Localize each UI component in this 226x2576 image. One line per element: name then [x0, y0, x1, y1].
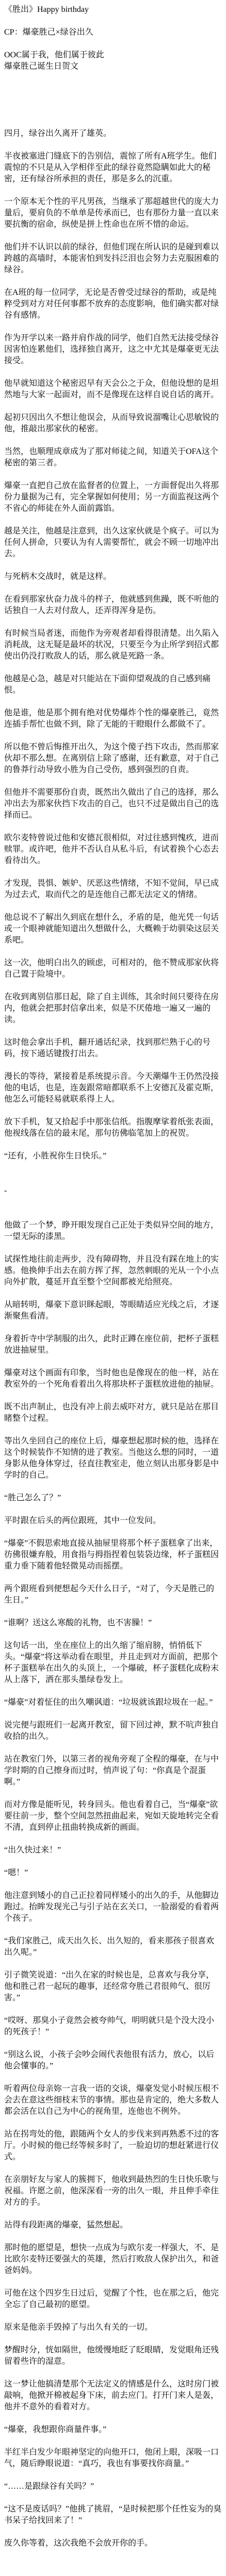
story-paragraph: 他做了一个梦，睁开眼发现自己正处于类似异空间的地方，一望无际的漆黑。: [4, 1220, 222, 1243]
story-paragraph: “爆豪，我想跟你商量件事。”: [4, 2424, 222, 2436]
story-paragraph: 站在教室门外，以第三者的视角旁观了全程的爆豪，在与中学时期的自己擦身而过时，悄声…: [4, 1754, 222, 1788]
story-paragraph: “爆豪”不假思索地直接从抽屉里将那个杯子蛋糕拿了出来，彷佛很嫌弃般，用食指与拇指…: [4, 1538, 222, 1572]
story-paragraph: 当然，也顺理成章成为了那对师徒之间，知道关于OFA这个秘密的第三者。: [4, 446, 222, 469]
story-paragraph: “爆豪”对着怔住的出久嘲讽道：“垃圾就该跟垃圾在一起。”: [4, 1697, 222, 1708]
story-paragraph: 听着两位母亲妳一言我一语的交谈，爆豪发觉小时候压根不会去在意这些细枝末节的事情。…: [4, 2083, 222, 2117]
story-paragraph: 他早就知道这个秘密迟早有天会公之于众，但他设想的是坦然地与大家一起面对，而不是像…: [4, 378, 222, 401]
story-paragraph: “哎呀、那臭小子竟然会被夸帅气，明明就只是个没大没小的死孩子！”: [4, 2015, 222, 2038]
story-paragraph: 在A班的每一位同学，无论是否曾受过绿谷的帮助，或是纯粹受到对方对任何事都不放弃的…: [4, 287, 222, 321]
birthday-note: 爆豪胜己诞生日贺文: [4, 62, 78, 71]
story-paragraph: 他是谁，他是那个拥有绝对优势爆炸个性的爆豪胜己，竟然连插手帮忙也做不到，除了无能…: [4, 708, 222, 730]
story-paragraph: “这不是废话吗？”他挑了挑眉，“是时候把那个任性妄为的臭书呆子给找回来了！”: [4, 2504, 222, 2526]
story-paragraph: “胜己怎么了？”: [4, 1493, 222, 1504]
story-paragraph: 从暗转明，爆豪下意识眯起眼，等眼睛适应光线之后，才逐渐聚焦看清。: [4, 1299, 222, 1322]
story-paragraph: 平时跟在后头的两位跟班，其中一位发问。: [4, 1515, 222, 1527]
story-paragraph: 这句话一出，坐在座位上的出久缩了缩肩膀，悄悄低下头。“爆豪”将这举动看在眼里，并…: [4, 1640, 222, 1686]
story-paragraph: 半红半白发少年眼神坚定的向他开口，他闭上眼，深吸一口气，随后睁眼说道：“真巧，我…: [4, 2447, 222, 2470]
story-paragraph: 与死柄木交战时，就是这样。: [4, 571, 222, 583]
story-paragraph: “还有，小胜祝你生日快乐。”: [4, 1151, 222, 1162]
story-paragraph: 爆豪对这个画面有印象，当时他也是像现在的他一样，站在教室外的一个死角看着出久将那…: [4, 1368, 222, 1390]
story-paragraph: 可他在这个四岁生日过后，觉醒了个性，也在那之后，他完全忘了自己最初的愿望。: [4, 2288, 222, 2311]
story-paragraph: 作为开学以来一路并肩作战的同学，他们自然无法接受绿谷因害怕连累他们，选择独自离开…: [4, 333, 222, 367]
story-paragraph: 站在拐弯处的他，跟随两个女人的步伐来到再熟悉不过的客厅。小时候的他已经等候多时了…: [4, 2129, 222, 2163]
story-paragraph: 这一梦让他搞清楚那个无法定义的情感是什么，这时房门被敲响，他掀开棉被起身下床，前…: [4, 2379, 222, 2413]
story-paragraph: 而对方像是能听见，转身回头。他也看着自己，当“爆豪”欲要往前一步，整个空间忽然扭…: [4, 1799, 222, 1833]
story-paragraph: “我们家胜己，成天出久长、出久短的，看来那孩子很喜欢出久呢。”: [4, 1936, 222, 1958]
story-paragraph: 废久你等着，这次我绝不会放开你的手。: [4, 2538, 222, 2549]
story-paragraph: 欧尔麦特曾说过他和安德瓦很相似，对过往感到愧疚，进而赎罪。或许吧，他并不否认自从…: [4, 833, 222, 867]
ooc-note: OOC属于我，他们属于彼此: [4, 51, 104, 59]
story-paragraph: 他们并不认识以前的绿谷，但他们现在所认识的是碰到难以跨越的高墙时，本能害怕到发抖…: [4, 242, 222, 276]
story-paragraph: 四月，绿谷出久离开了雄英。: [4, 128, 222, 139]
story-paragraph: 放下手机，复又拾起手中那张信纸。指腹摩挲着纸张表面，他视线落在信的最末尾，那句彷…: [4, 1117, 222, 1139]
story-paragraph: 漫长的等待，紧接着是系统提示音。今天潮爆牛王仍然没接他的电话，也是，连轰跟常暗都…: [4, 1071, 222, 1105]
story-paragraph: 既不出声制止，也没有冲上前去威吓对方，就只是站在那目睹整个过程。: [4, 1402, 222, 1424]
story-paragraph: “出久快过来！”: [4, 1845, 222, 1856]
story-paragraph: “谁啊？送这么寒酸的礼物，也不害臊！”: [4, 1617, 222, 1629]
story-paragraph: 站得有段距离的爆豪，猛然想起。: [4, 2220, 222, 2231]
header-notes: OOC属于我，他们属于彼此 爆豪胜己诞生日贺文: [4, 50, 222, 72]
story-paragraph: 引子微笑说道：“出久在家的时候也是，总喜欢与我分享，他和胜己君一起玩的趣事，还经…: [4, 1970, 222, 2004]
story-paragraph: 越是关注，他越是注意到，出久这家伙就是个疯子。可以为任何人拼命，只要认为有人需要…: [4, 526, 222, 560]
document-page: 《胜出》Happy birthday CP：爆豪胜己×绿谷出久 OOC属于我，他…: [0, 0, 226, 2576]
story-paragraph: 那时他的愿望是，想快一点成为与欧尔麦一样强大，不、是比欧尔麦特还要强大的英雄，然…: [4, 2242, 222, 2276]
story-paragraph: 他总说不了解出久到底在想什么，矛盾的是，他光凭一句话或一个眼神就能知道出久想做什…: [4, 912, 222, 946]
story-body: 四月，绿谷出久离开了雄英。半夜被塞进门缝底下的告别信，震惊了所有A班学生。他们震…: [4, 128, 222, 2549]
story-paragraph: 但他并不需要那份自责，既然出久做出了自己的选择，那么冲出去为那家伙挡下攻击的自己…: [4, 787, 222, 821]
story-paragraph: 说完便与跟班们一起离开教室，留下回过神，默不吭声独自收拾的出久。: [4, 1720, 222, 1742]
story-title: 《胜出》Happy birthday: [4, 4, 222, 15]
story-paragraph: 有时候当局者迷，而他作为旁观者却看得很清楚。出久陷入消耗战，这无疑是最坏的状况，…: [4, 628, 222, 662]
story-paragraph: 起初只因出久不想让他误会，从而导致说溜嘴让心思敏锐的他，推敲出那家伙的秘密。: [4, 412, 222, 435]
story-paragraph: 在看到那家伙奋力战斗的样子，他就感到焦躁，既不听他的话独自一人去对付敌人，还弄得…: [4, 594, 222, 617]
story-paragraph: 梦醒时分，恍如隔世，他缓慢地眨了眨眼睛，发觉眼角还残留着些许的湿意。: [4, 2345, 222, 2367]
story-paragraph: 这时他会拿出手机，翻开通话纪录，找到那烂熟于心的号码，按下通话键拨打出去。: [4, 1037, 222, 1060]
story-paragraph: 试探性地往前走两步，没有障碍物，并且没有踩在地上的实感。他换伸手出去在前方挥了挥…: [4, 1254, 222, 1288]
story-paragraph: 所以他不曾后悔推开出久，为这个傻子挡下攻击，然而那家伙却不那么想。在离别信上除了…: [4, 742, 222, 776]
story-paragraph: “别这么说，小孩子会吵会闹代表他很有活力，放心，以后他会懂事的。”: [4, 2049, 222, 2072]
cp-line: CP：爆豪胜己×绿谷出久: [4, 27, 222, 38]
story-paragraph: “嗯！”: [4, 1867, 222, 1879]
story-paragraph: 原来是他亲手毁掉了与出久有关的一切。: [4, 2322, 222, 2333]
story-paragraph: 两个跟班看到便想起今天什么日子，“对了，今天是胜己的生日。”: [4, 1583, 222, 1606]
story-paragraph: “……是跟绿谷有关吗？”: [4, 2481, 222, 2492]
story-paragraph: 这一次，他明白出久的顾虑，可相对的，他不赞成那家伙将自己置于险境中。: [4, 957, 222, 980]
story-paragraph: 在亲朋好友与家人的簇拥下，他收到最热烈的生日快乐歌与祝福。许愿之前，他深深看一旁…: [4, 2174, 222, 2208]
story-paragraph: 他注意到矮小的自己正拉着同样矮小的出久的手，从他脚边跑过。抬眸发现光己与引子站在…: [4, 1890, 222, 1924]
story-paragraph: 等出久坐回自己的座位上后，爆豪想起那时候的他，选择在这个时候装作不知情的进了教室…: [4, 1436, 222, 1481]
story-paragraph: 身着折寺中学制服的出久，此时正蹲在座位前，把杯子蛋糕放进抽屉里。: [4, 1333, 222, 1356]
story-paragraph: 才发现，畏惧、嫉妒、厌恶这些情绪，不知不觉间，早已成为过去式，取而代之的是连他自…: [4, 878, 222, 901]
scene-break-dash: -: [4, 1185, 222, 1197]
story-paragraph: 他越是心急，越是对只能站在下面仰望观战的自己感到痛恨。: [4, 673, 222, 696]
story-paragraph: 爆豪一直把自己放在监督者的位置上，一方面督促出久将那份力量据为己有，完全掌握如何…: [4, 480, 222, 514]
story-paragraph: 半夜被塞进门缝底下的告别信，震惊了所有A班学生。他们震惊的不只是从入学相伴至此的…: [4, 151, 222, 185]
story-paragraph: 一个原本无个性的平凡男孩，当继承了那超越世代的庞大力量后，要肩负的不单单是传承而…: [4, 196, 222, 230]
story-paragraph: 在收到离别信那日起，除了自主训练，其余时间只要待在房内，他就会把那封信拿出来，似…: [4, 992, 222, 1026]
